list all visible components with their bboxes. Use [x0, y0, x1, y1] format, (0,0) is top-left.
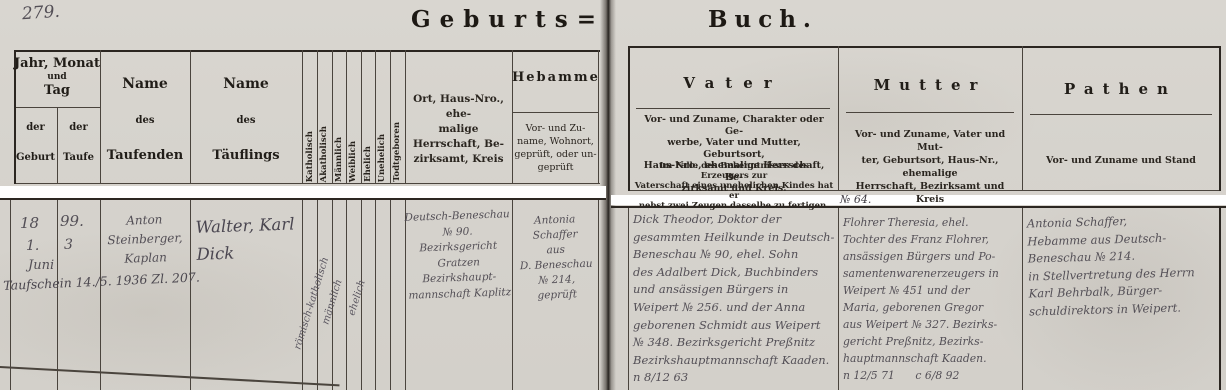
header-date-group-line2: und [14, 72, 100, 82]
header-father-sub2: Im Falle des Bekenntnisses des Erzeugers… [634, 161, 834, 211]
header-date-group-line1: Jahr, Monat [14, 56, 100, 71]
text-line: Beneschau № 90, ehel. Sohn [633, 246, 837, 264]
text-line: Flohrer Theresia, ehel. [843, 214, 1021, 231]
header-father-title: Vater [628, 74, 838, 92]
header-checkbox-weiblich: Weiblich [345, 96, 360, 182]
text-line: Tochter des Franz Flohrer, [843, 231, 1021, 248]
entry-baptism-day: 3 [64, 237, 73, 253]
text-line: ter, Geburtsort, Haus-Nr., ehemalige [844, 154, 1016, 180]
text-line: malige Herrschaft, Be- [407, 122, 510, 152]
page-number: 279. [21, 2, 60, 25]
col-line [838, 208, 839, 390]
text-line: Vor- und Zuname, Vater und Mut- [844, 128, 1016, 154]
col-line [346, 200, 347, 390]
text-line: Dick [196, 237, 303, 268]
text-line: geprüft [513, 161, 598, 174]
text-line: samentenwarenerzeugers in [843, 265, 1021, 282]
entry-father: Dick Theodor, Doktor dergesammten Heilku… [633, 211, 837, 387]
header-baptizer-name: Name [100, 76, 190, 92]
header-place: Ort, Haus-Nro., ehe-malige Herrschaft, B… [407, 92, 510, 167]
col-line [405, 50, 406, 184]
text-line: Vor- und Zu- [513, 122, 598, 135]
entry-baptizer: AntonSteinberger,Kaplan [99, 209, 191, 269]
text-line: hauptmannschaft Kaaden. [843, 350, 1021, 367]
header-checkbox-maennlich: Männlich [331, 96, 346, 182]
entry-birth-day: 1. [26, 238, 39, 254]
right-table-right-border [1219, 46, 1221, 191]
text-line: Kaplan [100, 247, 191, 269]
col-line [57, 107, 58, 184]
entry-child-name: Walter, KarlDick [195, 210, 303, 268]
col-line [375, 200, 376, 390]
entry-baptism-year: 99. [60, 212, 84, 230]
text-line: Steinberger, [100, 228, 191, 250]
father-header-divider [636, 108, 830, 109]
right-table-top-border [628, 46, 1220, 48]
header-baptism-sub-line2: Taufe [57, 152, 100, 163]
col-line [1022, 208, 1023, 390]
left-strip-cut-edge [0, 198, 606, 200]
header-child-des: des [190, 115, 302, 126]
checkbox-label: Weiblich [348, 141, 358, 182]
row-bottom-line [0, 366, 340, 386]
col-line [57, 200, 58, 390]
col-line [838, 46, 839, 191]
entry-legitimacy: ehelich [346, 279, 367, 317]
text-line: mannschaft Kaplitz [406, 285, 513, 304]
right-strip-cut-edge [611, 206, 1226, 208]
header-child-name: Name [190, 76, 302, 92]
book-title-right: Buch. [688, 6, 838, 33]
text-line: gericht Preßnitz, Bezirks- [843, 333, 1021, 350]
text-line: Vaterschaft eines unehelichen Kindes hat… [634, 181, 834, 201]
mother-header-divider [846, 112, 1014, 113]
right-table-left-border [628, 46, 630, 191]
text-line: name, Wohnort, [513, 135, 598, 148]
entry-mother: Flohrer Theresia, ehel.Tochter des Franz… [843, 214, 1021, 384]
header-godparents-title: Pathen [1022, 80, 1219, 98]
header-child-title: Täuflings [190, 148, 302, 163]
header-checkbox-unehelich: Unehelich [374, 96, 389, 182]
book-title-left: Geburts= [408, 6, 608, 33]
text-line: Walter, Karl [195, 210, 302, 241]
checkbox-label: Akatholisch [319, 126, 329, 182]
entry-place: Deutsch-Beneschau№ 90.BezirksgerichtGrat… [403, 207, 513, 304]
entry-birth-month: Juni [28, 258, 54, 273]
col-line [390, 200, 391, 390]
birth-register-scan: 279. Geburts= Buch. Jahr, Monat und Tag … [0, 0, 1226, 390]
header-midwife-title: Hebamme [512, 70, 599, 85]
header-godparents-sub: Vor- und Zuname und Stand [1026, 155, 1216, 166]
text-line: ansässigen Bürgers und Po- [843, 248, 1021, 265]
godparents-header-divider [1030, 114, 1212, 115]
text-line: n 8/12 63 [633, 369, 837, 387]
text-line: Dick Theodor, Doktor der [633, 211, 837, 229]
header-baptizer-des: des [100, 115, 190, 126]
header-baptism-sub-line1: der [57, 122, 100, 133]
text-line: geborenen Schmidt aus Weipert [633, 317, 837, 335]
header-baptizer-title: Taufenden [100, 148, 190, 163]
midwife-header-divider [512, 112, 599, 113]
entry-birth-year: 18 [20, 214, 39, 232]
text-line: des Adalbert Dick, Buchbinders [633, 264, 837, 282]
text-line: Im Falle des Bekenntnisses des Erzeugers… [634, 161, 834, 181]
header-checkbox-katholisch: Katholisch [302, 96, 317, 182]
header-mother-title: Mutter [838, 76, 1022, 94]
text-line: werbe, Vater und Mutter, Geburtsort, [636, 137, 832, 160]
text-line: gesammten Heilkunde in Deutsch- [633, 229, 837, 247]
checkbox-label: Todtgeboren [392, 122, 402, 182]
checkbox-label: Katholisch [305, 131, 315, 182]
checkbox-label: Unehelich [377, 134, 387, 182]
col-line [10, 200, 11, 390]
text-line: Vor- und Zuname, Charakter oder Ge- [636, 114, 832, 137]
header-checkbox-todtgeboren: Todtgeboren [389, 96, 404, 182]
text-line: Weipert № 256. und der Anna [633, 299, 837, 317]
text-line: geprüft, oder un- [513, 148, 598, 161]
text-line: zirksamt, Kreis [407, 152, 510, 167]
text-line: D. Beneschau [513, 256, 599, 274]
text-line: Weipert № 451 und der [843, 282, 1021, 299]
header-birth-sub-line1: der [14, 122, 57, 133]
text-line: aus Weipert № 327. Bezirks- [843, 316, 1021, 333]
col-line [1022, 46, 1023, 191]
text-line: Maria, geborenen Gregor [843, 299, 1021, 316]
col-line [190, 200, 191, 390]
col-line [628, 208, 629, 390]
header-checkbox-akatholisch: Akatholisch [316, 96, 331, 182]
text-line: und ansässigen Bürgers in [633, 281, 837, 299]
text-line: n 12/5 71 c 6/8 92 [843, 367, 1021, 384]
text-line: № 348. Bezirksgericht Preßnitz [633, 334, 837, 352]
scan-seam-left [0, 186, 606, 198]
entry-number: № 64. [840, 193, 871, 206]
col-line [302, 200, 303, 390]
entry-midwife: AntoniaSchafferausD. Beneschau№ 214,gepr… [511, 212, 600, 305]
text-line: geprüft [514, 286, 600, 304]
text-line: Bezirkshauptmannschaft Kaaden. [633, 352, 837, 370]
text-line: Ort, Haus-Nro., ehe- [407, 92, 510, 122]
entry-sex: männlich [320, 278, 344, 326]
checkbox-label: Ehelich [363, 146, 373, 182]
header-date-group-line3: Tag [14, 83, 100, 98]
entry-godparents: Antonia Schaffer,Hebamme aus Deutsch-Ben… [1027, 211, 1222, 321]
header-checkbox-ehelich: Ehelich [360, 96, 375, 182]
checkbox-label: Männlich [334, 137, 344, 182]
header-midwife-sub: Vor- und Zu-name, Wohnort,geprüft, oder … [513, 122, 598, 174]
header-birth-sub-line2: Geburt [14, 152, 57, 163]
